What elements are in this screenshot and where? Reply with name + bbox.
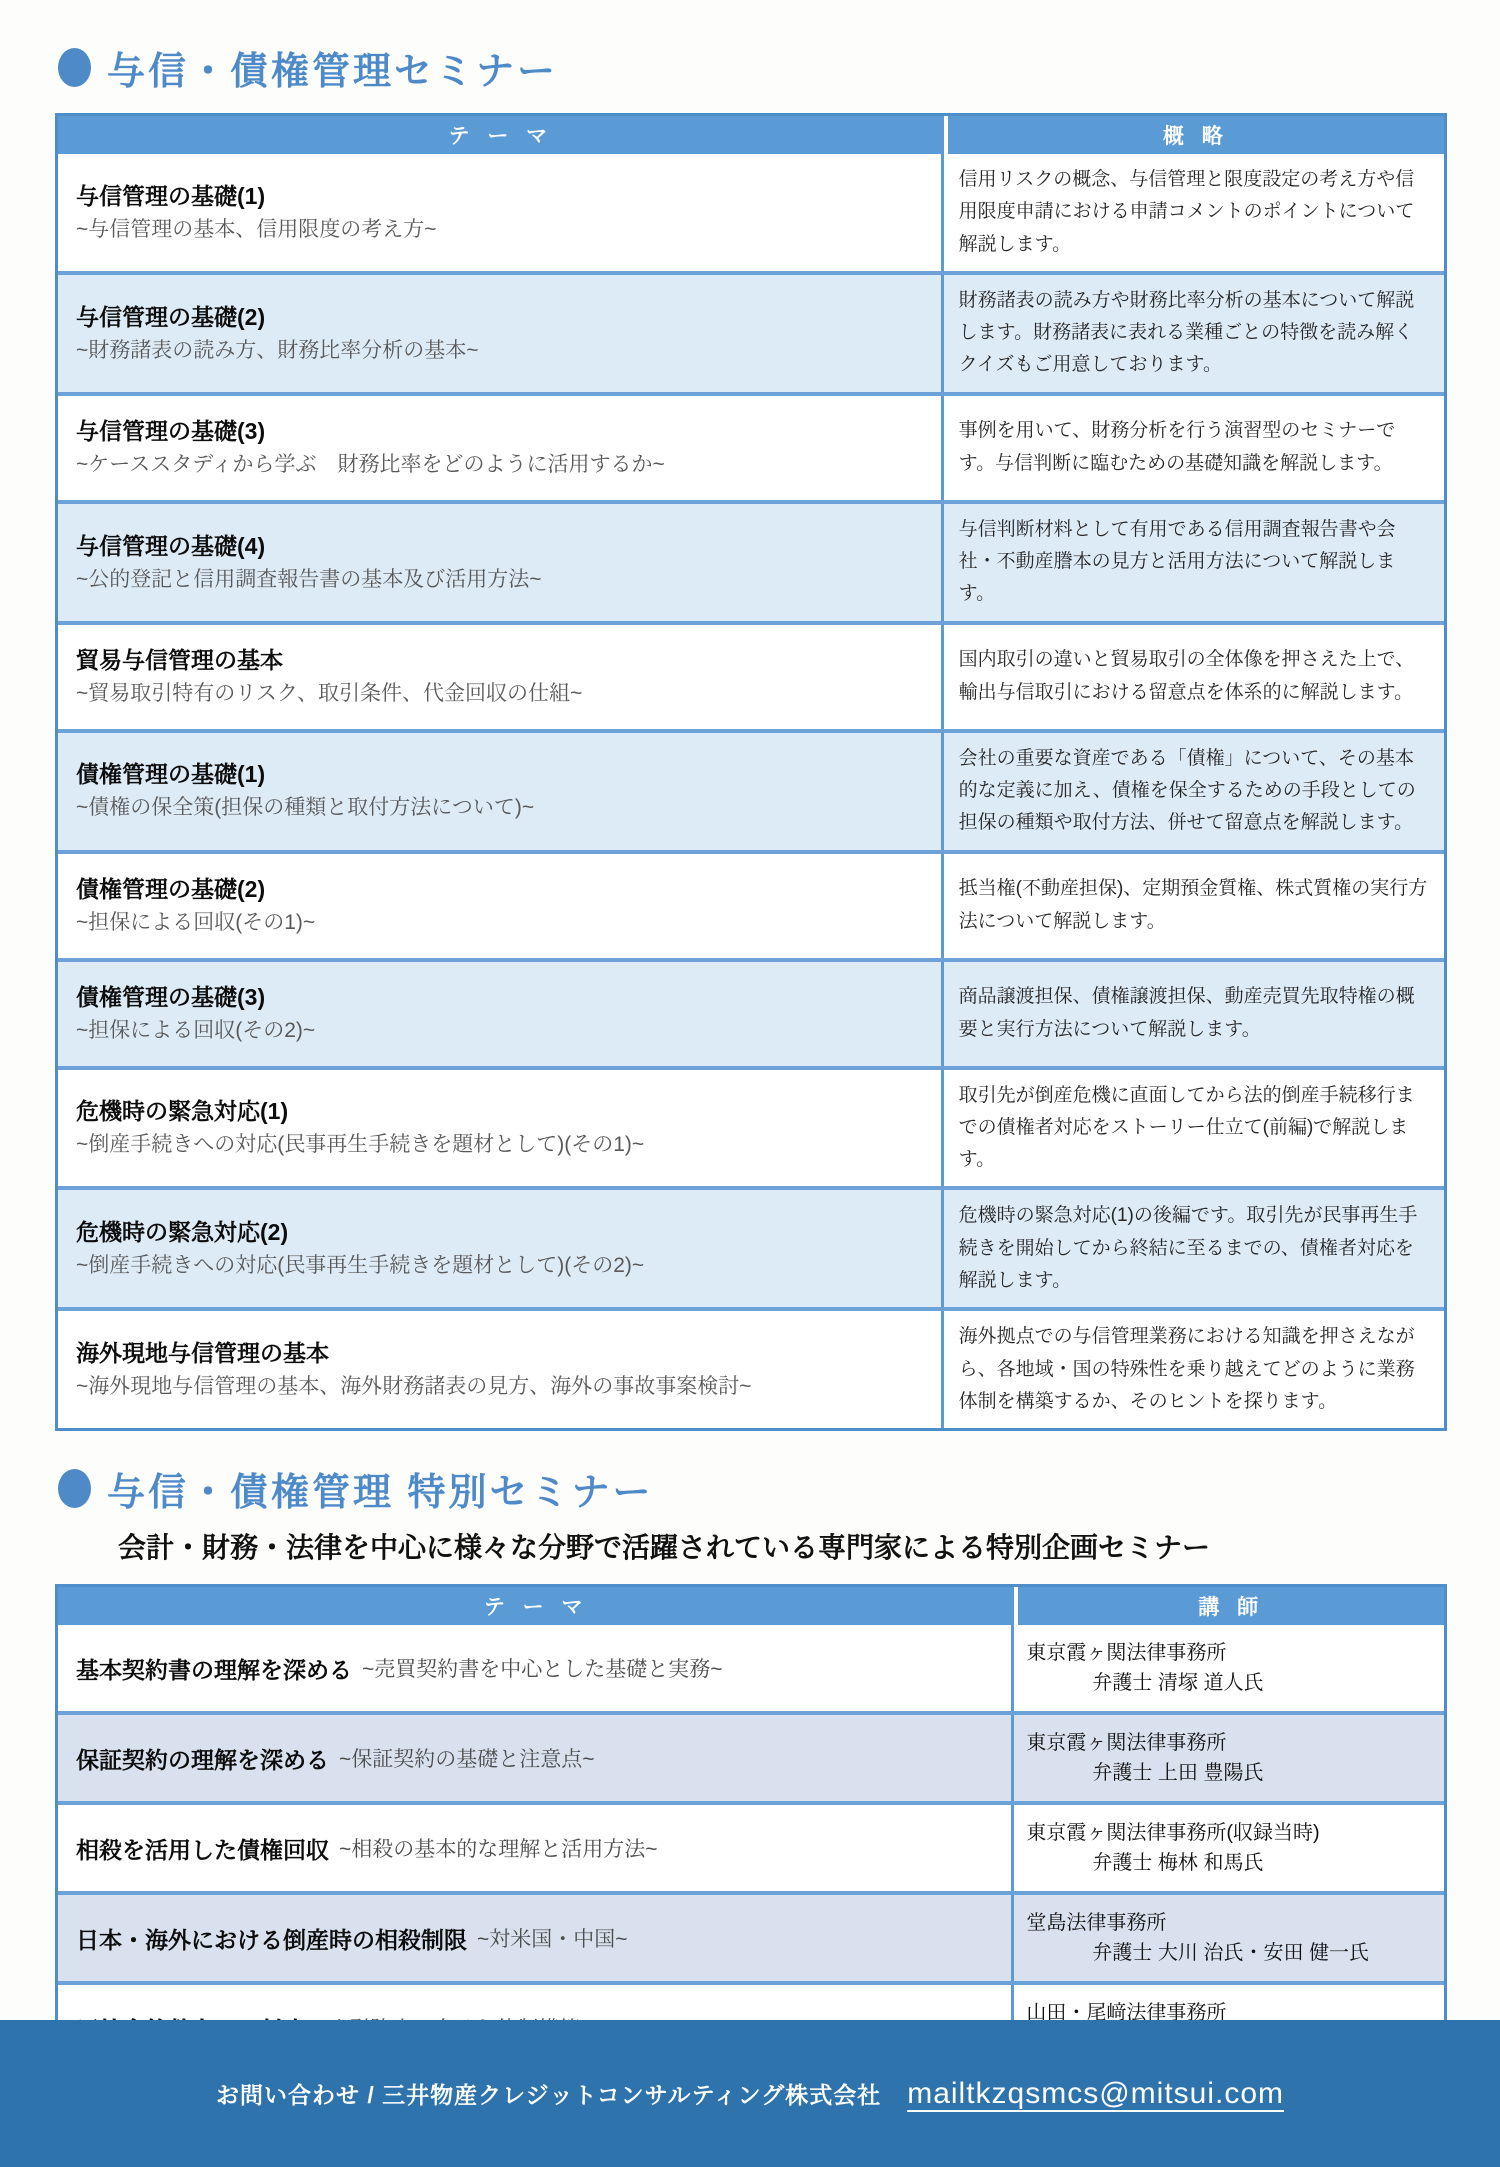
seminar-theme-cell: 与信管理の基礎(3) ~ケーススタディから学ぶ 財務比率をどのように活用するか~ [58, 396, 944, 500]
lecturer-name: 弁護士 梅林 和馬氏 [1026, 1848, 1432, 1878]
seminar-theme-cell: 危機時の緊急対応(2) ~倒産手続きへの対応(民事再生手続きを題材として)(その… [58, 1190, 944, 1307]
seminar-table: テ ー マ 概 略 与信管理の基礎(1) ~与信管理の基本、信用限度の考え方~ … [55, 113, 1447, 1431]
lecturer-name: 弁護士 清塚 道人氏 [1026, 1668, 1432, 1698]
seminar-row: 与信管理の基礎(3) ~ケーススタディから学ぶ 財務比率をどのように活用するか~… [58, 392, 1444, 500]
lecturer-office: 東京霞ヶ関法律事務所 [1026, 1728, 1432, 1758]
lecturer-column-header: 講 師 [1014, 1587, 1444, 1625]
lecturer-office: 東京霞ヶ関法律事務所(収録当時) [1026, 1818, 1432, 1848]
seminar-theme-cell: 債権管理の基礎(1) ~債権の保全策(担保の種類と取付方法について)~ [58, 733, 944, 850]
seminar-overview-cell: 抵当権(不動産担保)、定期預金質権、株式質権の実行方法について解説します。 [944, 854, 1444, 958]
seminar-overview-text: 与信判断材料として有用である信用調査報告書や会社・不動産謄本の見方と活用方法につ… [959, 514, 1429, 611]
seminar-overview-cell: 会社の重要な資産である「債権」について、その基本的な定義に加え、債権を保全するた… [944, 733, 1444, 850]
theme-column-header: テ ー マ [58, 116, 944, 154]
special-seminar-row: 相殺を活用した債権回収 ~相殺の基本的な理解と活用方法~ 東京霞ヶ関法律事務所(… [58, 1801, 1444, 1891]
seminar-overview-cell: 危機時の緊急対応(1)の後編です。取引先が民事再生手続きを開始してから終結に至る… [944, 1190, 1444, 1307]
bullet-icon [58, 48, 91, 87]
lecturer-cell: 東京霞ヶ関法律事務所 弁護士 清塚 道人氏 [1014, 1625, 1444, 1711]
special-seminar-theme-cell: 基本契約書の理解を深める ~売買契約書を中心とした基礎と実務~ [58, 1625, 1014, 1711]
special-seminar-title: 保証契約の理解を深める [76, 1742, 329, 1775]
seminar-title: 与信管理の基礎(1) [76, 181, 917, 212]
seminar-title: 債権管理の基礎(1) [76, 759, 917, 790]
seminar-subtitle: ~担保による回収(その1)~ [76, 908, 917, 937]
seminar-overview-text: 信用リスクの概念、与信管理と限度設定の考え方や信用限度申請における申請コメントの… [959, 164, 1429, 261]
special-seminar-row: 保証契約の理解を深める ~保証契約の基礎と注意点~ 東京霞ヶ関法律事務所 弁護士… [58, 1711, 1444, 1801]
special-seminar-title: 日本・海外における倒産時の相殺制限 [76, 1922, 467, 1955]
seminar-subtitle: ~ケーススタディから学ぶ 財務比率をどのように活用するか~ [76, 450, 917, 479]
special-seminar-subtitle: ~相殺の基本的な理解と活用方法~ [339, 1833, 658, 1863]
seminar-overview-cell: 取引先が倒産危機に直面してから法的倒産手続移行までの債権者対応をストーリー仕立て… [944, 1070, 1444, 1187]
section1-title-text: 与信・債権管理セミナー [107, 40, 558, 95]
special-seminar-theme-cell: 相殺を活用した債権回収 ~相殺の基本的な理解と活用方法~ [58, 1805, 1014, 1891]
contact-label: お問い合わせ / 三井物産クレジットコンサルティング株式会社 [216, 2077, 881, 2110]
seminar-row: 与信管理の基礎(1) ~与信管理の基本、信用限度の考え方~ 信用リスクの概念、与… [58, 154, 1444, 271]
lecturer-office: 堂島法律事務所 [1026, 1908, 1432, 1938]
seminar-table-header: テ ー マ 概 略 [58, 116, 1444, 154]
special-seminar-row: 日本・海外における倒産時の相殺制限 ~対米国・中国~ 堂島法律事務所 弁護士 大… [58, 1891, 1444, 1981]
seminar-subtitle: ~貿易取引特有のリスク、取引条件、代金回収の仕組~ [76, 679, 917, 708]
seminar-overview-text: 国内取引の違いと貿易取引の全体像を押さえた上で、輸出与信取引における留意点を体系… [959, 644, 1429, 709]
special-seminar-row: 基本契約書の理解を深める ~売買契約書を中心とした基礎と実務~ 東京霞ヶ関法律事… [58, 1625, 1444, 1711]
seminar-row: 海外現地与信管理の基本 ~海外現地与信管理の基本、海外財務諸表の見方、海外の事故… [58, 1307, 1444, 1428]
special-seminar-subtitle: ~保証契約の基礎と注意点~ [339, 1743, 595, 1773]
seminar-subtitle: ~担保による回収(その2)~ [76, 1016, 917, 1045]
seminar-overview-cell: 信用リスクの概念、与信管理と限度設定の考え方や信用限度申請における申請コメントの… [944, 154, 1444, 271]
seminar-theme-cell: 危機時の緊急対応(1) ~倒産手続きへの対応(民事再生手続きを題材として)(その… [58, 1070, 944, 1187]
seminar-row: 貿易与信管理の基本 ~貿易取引特有のリスク、取引条件、代金回収の仕組~ 国内取引… [58, 621, 1444, 729]
special-seminar-title: 相殺を活用した債権回収 [76, 1832, 329, 1865]
special-seminar-title: 基本契約書の理解を深める [76, 1652, 352, 1685]
seminar-overview-cell: 事例を用いて、財務分析を行う演習型のセミナーです。与信判断に臨むための基礎知識を… [944, 396, 1444, 500]
seminar-title: 海外現地与信管理の基本 [76, 1338, 917, 1369]
seminar-subtitle: ~財務諸表の読み方、財務比率分析の基本~ [76, 336, 917, 365]
lecturer-name: 弁護士 上田 豊陽氏 [1026, 1758, 1432, 1788]
section2-title: 与信・債権管理 特別セミナー [58, 1461, 1500, 1516]
special-seminar-table-body: 基本契約書の理解を深める ~売買契約書を中心とした基礎と実務~ 東京霞ヶ関法律事… [58, 1625, 1444, 2071]
seminar-row: 債権管理の基礎(3) ~担保による回収(その2)~ 商品譲渡担保、債権譲渡担保、… [58, 958, 1444, 1066]
seminar-overview-text: 取引先が倒産危機に直面してから法的倒産手続移行までの債権者対応をストーリー仕立て… [959, 1080, 1429, 1177]
seminar-row: 与信管理の基礎(4) ~公的登記と信用調査報告書の基本及び活用方法~ 与信判断材… [58, 500, 1444, 621]
overview-column-header: 概 略 [944, 116, 1444, 154]
seminar-overview-text: 会社の重要な資産である「債権」について、その基本的な定義に加え、債権を保全するた… [959, 743, 1429, 840]
theme-column-header: テ ー マ [58, 1587, 1014, 1625]
lecturer-cell: 東京霞ヶ関法律事務所 弁護士 上田 豊陽氏 [1014, 1715, 1444, 1801]
section1-title: 与信・債権管理セミナー [58, 40, 1500, 95]
seminar-row: 危機時の緊急対応(1) ~倒産手続きへの対応(民事再生手続きを題材として)(その… [58, 1066, 1444, 1187]
seminar-title: 危機時の緊急対応(2) [76, 1217, 917, 1248]
seminar-theme-cell: 債権管理の基礎(2) ~担保による回収(その1)~ [58, 854, 944, 958]
seminar-overview-text: 商品譲渡担保、債権譲渡担保、動産売買先取特権の概要と実行方法について解説します。 [959, 981, 1429, 1046]
seminar-table-body: 与信管理の基礎(1) ~与信管理の基本、信用限度の考え方~ 信用リスクの概念、与… [58, 154, 1444, 1428]
seminar-overview-cell: 海外拠点での与信管理業務における知識を押さえながら、各地域・国の特殊性を乗り越え… [944, 1311, 1444, 1428]
special-seminar-subtitle: ~売買契約書を中心とした基礎と実務~ [362, 1653, 723, 1683]
contact-email-link[interactable]: mailtkzqsmcs@mitsui.com [907, 2077, 1284, 2111]
seminar-theme-cell: 与信管理の基礎(1) ~与信管理の基本、信用限度の考え方~ [58, 154, 944, 271]
seminar-subtitle: ~海外現地与信管理の基本、海外財務諸表の見方、海外の事故事案検討~ [76, 1372, 917, 1401]
contact-footer: お問い合わせ / 三井物産クレジットコンサルティング株式会社 mailtkzqs… [0, 2020, 1500, 2167]
seminar-overview-text: 危機時の緊急対応(1)の後編です。取引先が民事再生手続きを開始してから終結に至る… [959, 1200, 1429, 1297]
seminar-theme-cell: 与信管理の基礎(4) ~公的登記と信用調査報告書の基本及び活用方法~ [58, 504, 944, 621]
seminar-title: 債権管理の基礎(2) [76, 874, 917, 905]
seminar-overview-text: 財務諸表の読み方や財務比率分析の基本について解説します。財務諸表に表れる業種ごと… [959, 285, 1429, 382]
seminar-theme-cell: 海外現地与信管理の基本 ~海外現地与信管理の基本、海外財務諸表の見方、海外の事故… [58, 1311, 944, 1428]
special-seminar-table-header: テ ー マ 講 師 [58, 1587, 1444, 1625]
seminar-row: 危機時の緊急対応(2) ~倒産手続きへの対応(民事再生手続きを題材として)(その… [58, 1186, 1444, 1307]
lecturer-cell: 東京霞ヶ関法律事務所(収録当時) 弁護士 梅林 和馬氏 [1014, 1805, 1444, 1891]
bullet-icon [58, 1469, 91, 1508]
seminar-row: 与信管理の基礎(2) ~財務諸表の読み方、財務比率分析の基本~ 財務諸表の読み方… [58, 271, 1444, 392]
seminar-title: 債権管理の基礎(3) [76, 982, 917, 1013]
seminar-subtitle: ~倒産手続きへの対応(民事再生手続きを題材として)(その2)~ [76, 1251, 917, 1280]
seminar-overview-cell: 商品譲渡担保、債権譲渡担保、動産売買先取特権の概要と実行方法について解説します。 [944, 962, 1444, 1066]
seminar-theme-cell: 債権管理の基礎(3) ~担保による回収(その2)~ [58, 962, 944, 1066]
seminar-overview-cell: 与信判断材料として有用である信用調査報告書や会社・不動産謄本の見方と活用方法につ… [944, 504, 1444, 621]
seminar-overview-text: 抵当権(不動産担保)、定期預金質権、株式質権の実行方法について解説します。 [959, 873, 1429, 938]
lecturer-name: 弁護士 大川 治氏・安田 健一氏 [1026, 1938, 1432, 1968]
special-seminar-theme-cell: 保証契約の理解を深める ~保証契約の基礎と注意点~ [58, 1715, 1014, 1801]
special-seminar-theme-cell: 日本・海外における倒産時の相殺制限 ~対米国・中国~ [58, 1895, 1014, 1981]
seminar-overview-cell: 国内取引の違いと貿易取引の全体像を押さえた上で、輸出与信取引における留意点を体系… [944, 625, 1444, 729]
seminar-subtitle: ~債権の保全策(担保の種類と取付方法について)~ [76, 793, 917, 822]
lecturer-cell: 堂島法律事務所 弁護士 大川 治氏・安田 健一氏 [1014, 1895, 1444, 1981]
seminar-subtitle: ~与信管理の基本、信用限度の考え方~ [76, 215, 917, 244]
seminar-title: 与信管理の基礎(3) [76, 416, 917, 447]
seminar-overview-cell: 財務諸表の読み方や財務比率分析の基本について解説します。財務諸表に表れる業種ごと… [944, 275, 1444, 392]
section2-subtitle: 会計・財務・法律を中心に様々な分野で活躍されている専門家による特別企画セミナー [118, 1526, 1500, 1566]
seminar-subtitle: ~公的登記と信用調査報告書の基本及び活用方法~ [76, 565, 917, 594]
seminar-row: 債権管理の基礎(1) ~債権の保全策(担保の種類と取付方法について)~ 会社の重… [58, 729, 1444, 850]
seminar-overview-text: 海外拠点での与信管理業務における知識を押さえながら、各地域・国の特殊性を乗り越え… [959, 1321, 1429, 1418]
seminar-overview-text: 事例を用いて、財務分析を行う演習型のセミナーです。与信判断に臨むための基礎知識を… [959, 415, 1429, 480]
special-seminar-table: テ ー マ 講 師 基本契約書の理解を深める ~売買契約書を中心とした基礎と実務… [55, 1584, 1447, 2074]
seminar-title: 与信管理の基礎(2) [76, 302, 917, 333]
lecturer-office: 東京霞ヶ関法律事務所 [1026, 1638, 1432, 1668]
special-seminar-subtitle: ~対米国・中国~ [477, 1923, 628, 1953]
section2-title-text: 与信・債権管理 特別セミナー [107, 1461, 654, 1516]
seminar-theme-cell: 与信管理の基礎(2) ~財務諸表の読み方、財務比率分析の基本~ [58, 275, 944, 392]
seminar-title: 与信管理の基礎(4) [76, 531, 917, 562]
seminar-title: 貿易与信管理の基本 [76, 645, 917, 676]
seminar-title: 危機時の緊急対応(1) [76, 1096, 917, 1127]
seminar-theme-cell: 貿易与信管理の基本 ~貿易取引特有のリスク、取引条件、代金回収の仕組~ [58, 625, 944, 729]
seminar-row: 債権管理の基礎(2) ~担保による回収(その1)~ 抵当権(不動産担保)、定期預… [58, 850, 1444, 958]
seminar-subtitle: ~倒産手続きへの対応(民事再生手続きを題材として)(その1)~ [76, 1130, 917, 1159]
